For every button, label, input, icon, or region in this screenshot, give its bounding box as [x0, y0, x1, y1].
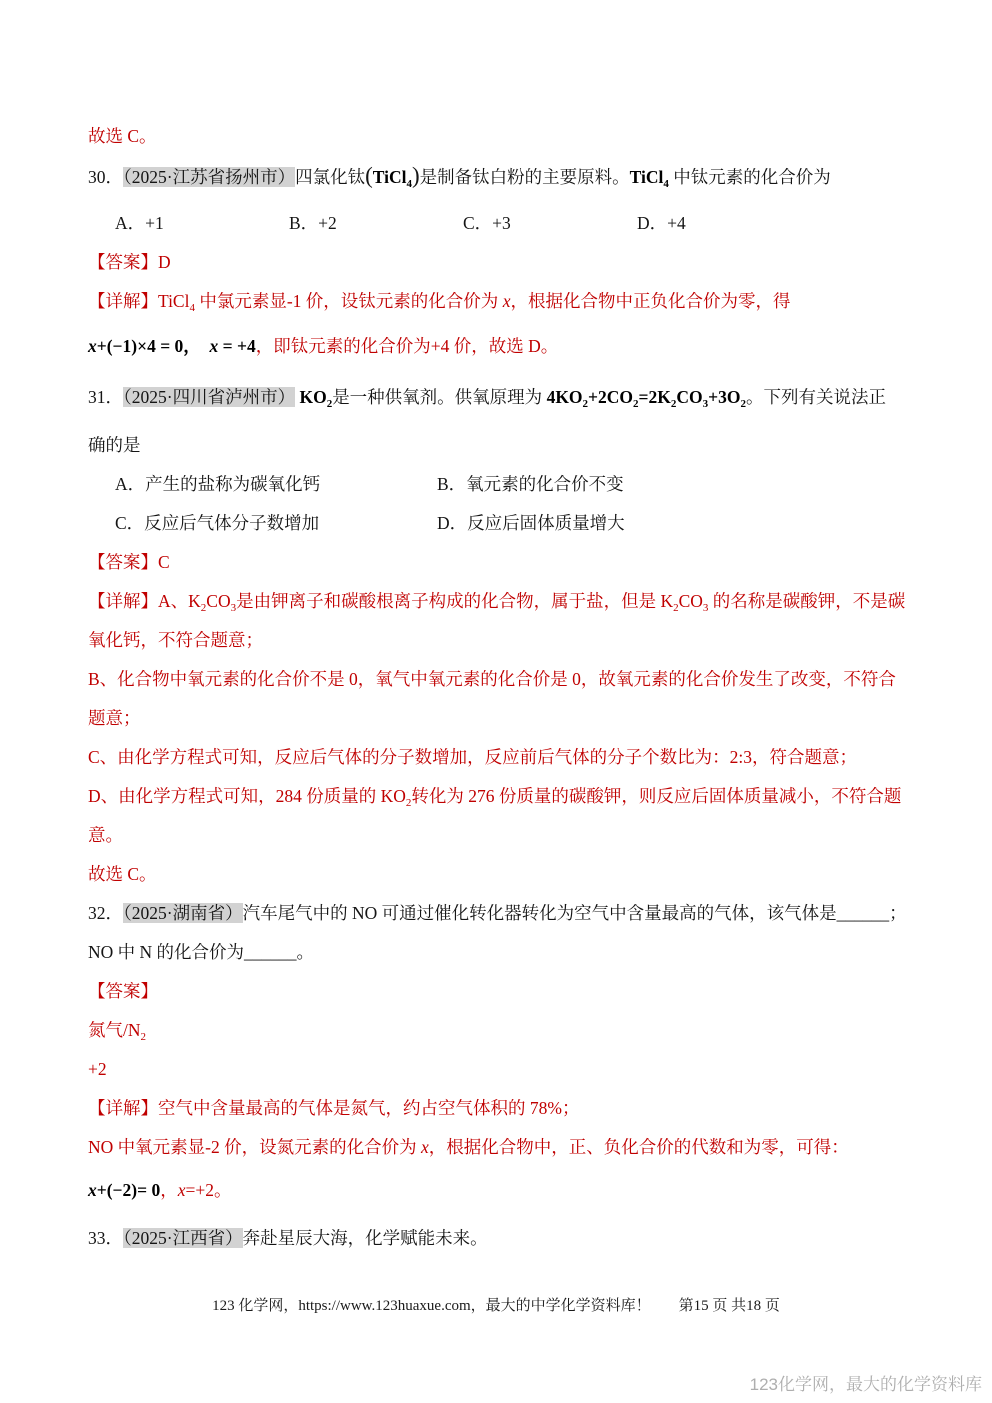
question-30: 30．（2025·江苏省扬州市）四氯化钛(TiCl4)是制备钛白粉的主要原料。T… — [88, 156, 918, 195]
text-run: D、由化学方程式可知，284 份质量的 — [88, 786, 381, 806]
text-run: 32． — [88, 903, 123, 923]
text-run: 是制备钛白粉的主要原料。 — [420, 167, 630, 187]
option-item: D．反应后固体质量增大 — [437, 504, 759, 543]
detail-31-c: C、由化学方程式可知，反应后气体的分子数增加，反应前后气体的分子个数比为：2:3… — [88, 738, 918, 777]
text-run: x — [421, 1137, 429, 1157]
text-run: 奔赴星辰大海，化学赋能未来。 — [243, 1228, 488, 1248]
footer-page-number: 第15 页 共18 页 — [679, 1298, 780, 1314]
text-run: 【答案】C — [88, 552, 170, 572]
document-page: 故选 C。30．（2025·江苏省扬州市）四氯化钛(TiCl4)是制备钛白粉的主… — [0, 0, 992, 1403]
exam-source-tag: （2025·四川省泸州市） — [123, 387, 295, 407]
text-run: +3O — [708, 387, 740, 407]
text-run: 【详解】A、 — [88, 591, 188, 611]
text-run: 30． — [88, 167, 123, 187]
text-run: +2CO — [588, 387, 633, 407]
text-run: +2 — [88, 1059, 107, 1079]
answer-30: 【答案】D — [88, 243, 918, 282]
answer-32-blank-2: +2 — [88, 1050, 918, 1089]
text-run: ，即钛元素的化合价为+4 价，故选 D。 — [256, 336, 559, 356]
text-run: 31． — [88, 387, 123, 407]
answer-31: 【答案】C — [88, 543, 918, 582]
detail-32-line-2: NO 中氧元素显-2 价，设氮元素的化合价为 x，根据化合物中，正、负化合价的代… — [88, 1128, 918, 1167]
text-run: 【答案】 — [88, 981, 158, 1001]
text-run: CO — [679, 591, 703, 611]
text-run: ，根据化合物中，正、负化合价的代数和为零，可得： — [429, 1137, 849, 1157]
site-watermark: 123化学网，最大的化学资料库 — [750, 1370, 982, 1395]
text-run: 的名称是碳酸钾，不是碳 — [708, 591, 905, 611]
option-item: C．反应后气体分子数增加 — [115, 504, 437, 543]
text-run: 是由钾离子和碳酸根离子构成的化合物，属于盐，但是 — [236, 591, 660, 611]
answer-32-blank-1: 氮气/N2 — [88, 1011, 918, 1050]
text-run: NO 中 N 的化合价为______。 — [88, 942, 314, 962]
option-item: A．+1 — [115, 204, 289, 243]
text-run: 是一种供氧剂。供氧原理为 — [332, 387, 546, 407]
text-run: x — [88, 1180, 97, 1200]
text-run: 汽车尾气中的 NO 可通过催化转化器转化为空气中含量最高的气体，该气体是____… — [243, 903, 907, 923]
answer-32-label: 【答案】 — [88, 972, 918, 1011]
text-run: KO — [299, 387, 326, 407]
text-run: 故选 C。 — [88, 126, 157, 146]
text-run: K — [188, 591, 201, 611]
text-run: TiCl — [373, 167, 407, 187]
text-run: 中钛元素的化合价为 — [669, 167, 831, 187]
detail-31-b-line-1: B、化合物中氧元素的化合价不是 0，氧气中氧元素的化合价是 0，故氧元素的化合价… — [88, 660, 918, 699]
text-run: 4KO — [547, 387, 583, 407]
text-run: 四氯化钛 — [295, 167, 365, 187]
option-item: B．氧元素的化合价不变 — [437, 465, 759, 504]
text-run: 故选 C。 — [88, 864, 157, 884]
detail-31-d-line-1: D、由化学方程式可知，284 份质量的 KO2转化为 276 份质量的碳酸钾，则… — [88, 777, 918, 816]
text-run: 确的是 — [88, 435, 141, 455]
text-run: +(−1)×4 = 0 — [97, 336, 184, 356]
text-run: x — [210, 336, 219, 356]
text-run: 氧化钙，不符合题意； — [88, 630, 263, 650]
text-run: 转化为 276 份质量的碳酸钾，则反应后固体质量减小，不符合题 — [411, 786, 901, 806]
conclusion-31: 故选 C。 — [88, 855, 918, 894]
detail-32-line-1: 【详解】空气中含量最高的气体是氮气，约占空气体积的 78%； — [88, 1089, 918, 1128]
conclusion-q29: 故选 C。 — [88, 117, 918, 156]
text-run: 【详解】 — [88, 291, 158, 311]
text-run: B、化合物中氧元素的化合价不是 0，氧气中氧元素的化合价是 0，故氧元素的化合价… — [88, 669, 896, 689]
text-run: 意。 — [88, 825, 123, 845]
text-run: K — [660, 591, 673, 611]
text-run: C、由化学方程式可知，反应后气体的分子数增加，反应前后气体的分子个数比为：2:3… — [88, 747, 857, 767]
text-run: ， — [183, 336, 209, 356]
question-32-continued: NO 中 N 的化合价为______。 — [88, 933, 918, 972]
detail-31-a-line-1: 【详解】A、K2CO3是由钾离子和碳酸根离子构成的化合物，属于盐，但是 K2CO… — [88, 582, 918, 621]
text-run: 33． — [88, 1228, 123, 1248]
text-run: +(−2)= 0 — [97, 1180, 160, 1200]
question-33: 33．（2025·江西省）奔赴星辰大海，化学赋能未来。 — [88, 1219, 918, 1258]
detail-30-line-2: x+(−1)×4 = 0， x = +4，即钛元素的化合价为+4 价，故选 D。 — [88, 327, 918, 366]
option-item: A．产生的盐称为碳氧化钙 — [115, 465, 437, 504]
detail-31-d-line-2: 意。 — [88, 816, 918, 855]
text-run: ， — [160, 1180, 178, 1200]
text-run: = +4 — [218, 336, 255, 356]
question-31: 31．（2025·四川省泸州市） KO2是一种供氧剂。供氧原理为 4KO2+2C… — [88, 378, 918, 417]
exam-source-tag: （2025·江苏省扬州市） — [123, 167, 295, 187]
detail-32-line-3: x+(−2)= 0，x=+2。 — [88, 1171, 918, 1210]
text-run: 题意； — [88, 708, 141, 728]
text-run: x — [88, 336, 97, 356]
text-run: =+2。 — [185, 1180, 231, 1200]
text-run: 中氯元素显-1 价，设钛元素的化合价为 — [195, 291, 503, 311]
text-run: ( — [365, 163, 373, 188]
exam-source-tag: （2025·湖南省） — [123, 903, 243, 923]
text-run: CO — [676, 387, 702, 407]
question-31-options-cd: C．反应后气体分子数增加D．反应后固体质量增大 — [88, 504, 918, 543]
text-run: CO — [206, 591, 230, 611]
option-item: D．+4 — [637, 204, 811, 243]
question-30-options: A．+1B．+2C．+3D．+4 — [88, 204, 918, 243]
text-run: TiCl — [158, 291, 189, 311]
option-item: C．+3 — [463, 204, 637, 243]
detail-30-line-1: 【详解】TiCl4 中氯元素显-1 价，设钛元素的化合价为 x，根据化合物中正负… — [88, 282, 918, 321]
text-run: 。下列有关说法正 — [746, 387, 886, 407]
text-run: =2K — [639, 387, 671, 407]
text-run: ) — [412, 163, 420, 188]
text-run: 【详解】空气中含量最高的气体是氮气，约占空气体积的 78%； — [88, 1098, 579, 1118]
text-run: 【答案】D — [88, 252, 171, 272]
page-footer: 123 化学网，https://www.123huaxue.com，最大的中学化… — [0, 1294, 992, 1315]
text-run: NO 中氧元素显-2 价，设氮元素的化合价为 — [88, 1137, 421, 1157]
text-run: KO — [381, 786, 406, 806]
document-body: 故选 C。30．（2025·江苏省扬州市）四氯化钛(TiCl4)是制备钛白粉的主… — [88, 117, 918, 1258]
question-31-options-ab: A．产生的盐称为碳氧化钙B．氧元素的化合价不变 — [88, 465, 918, 504]
question-32: 32．（2025·湖南省）汽车尾气中的 NO 可通过催化转化器转化为空气中含量最… — [88, 894, 918, 933]
text-run: TiCl — [630, 167, 664, 187]
text-run: 2 — [141, 1031, 147, 1043]
question-31-continued: 确的是 — [88, 426, 918, 465]
text-run: ，根据化合物中正负化合价为零，得 — [510, 291, 790, 311]
detail-31-b-line-2: 题意； — [88, 699, 918, 738]
detail-31-a-line-2: 氧化钙，不符合题意； — [88, 621, 918, 660]
option-item: B．+2 — [289, 204, 463, 243]
exam-source-tag: （2025·江西省） — [123, 1228, 243, 1248]
footer-site-line: 123 化学网，https://www.123huaxue.com，最大的中学化… — [212, 1298, 651, 1314]
text-run: 氮气/N — [88, 1020, 141, 1040]
